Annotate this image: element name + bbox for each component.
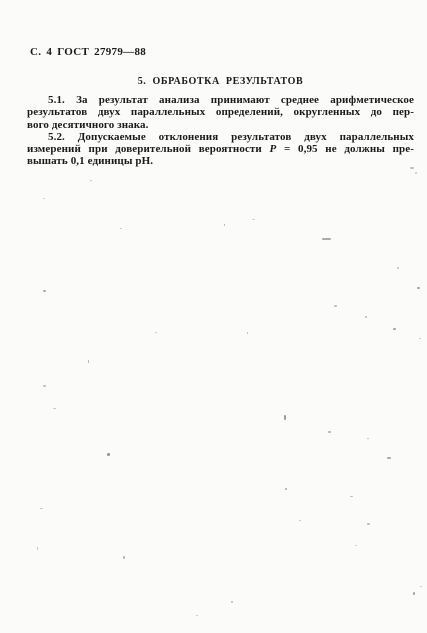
scan-speck [247,332,248,334]
scan-speck [90,180,92,181]
clause-5-1-line-2: результатов двух параллельных определени… [27,106,414,118]
scan-speck [413,592,415,595]
scan-speck [107,453,110,456]
scan-speck [120,228,122,229]
scan-speck [196,615,198,616]
clause-5-2-line-2: измерений при доверительной вероятности … [27,143,414,155]
scan-speck [43,198,45,199]
scan-speck [231,601,233,603]
scan-speck [123,556,125,559]
scan-speck [285,488,287,490]
scan-speck [88,360,89,363]
scan-speck [387,457,391,459]
scan-speck [322,238,331,240]
clause-5-2-line-1: 5.2. Допускаемые отклонения результатов … [27,131,414,143]
scan-speck [224,224,225,226]
scan-speck [284,415,286,420]
scan-speck [299,520,301,521]
scan-speck [367,438,369,439]
scan-speck [420,586,422,587]
scan-speck [367,523,370,525]
scan-speck [252,219,255,220]
section-heading: 5. ОБРАБОТКА РЕЗУЛЬТАТОВ [27,76,414,87]
scan-speck [37,547,38,550]
scan-speck [350,496,353,497]
clause-5-1-line-3: вого десятичного знака. [27,119,414,131]
scan-speck [328,431,331,433]
clause-5-2-line-2-text: измерений при доверительной вероятности [27,143,270,155]
page-header: С. 4 ГОСТ 27979—88 [30,46,146,58]
scan-speck [43,385,46,387]
scan-speck [417,287,420,289]
clause-5-2-line-3: вышать 0,1 единицы рН. [27,155,414,167]
scan-speck [40,508,43,509]
scan-speck [393,328,396,330]
scan-speck [415,172,417,174]
scan-speck [419,338,421,339]
clause-5-2-line-2-value: = 0,95 не должны пре- [276,143,414,155]
body-text: 5.1. За результат анализа принимают сред… [27,94,414,168]
scan-speck [355,545,357,546]
scan-speck [365,316,367,318]
scan-speck [155,332,157,333]
scan-speck [43,290,46,292]
document-page: С. 4 ГОСТ 27979—88 5. ОБРАБОТКА РЕЗУЛЬТА… [0,0,427,633]
scan-speck [53,408,56,409]
scan-speck [334,305,337,307]
scan-speck [397,267,399,269]
clause-5-1-line-1: 5.1. За результат анализа принимают сред… [27,94,414,106]
